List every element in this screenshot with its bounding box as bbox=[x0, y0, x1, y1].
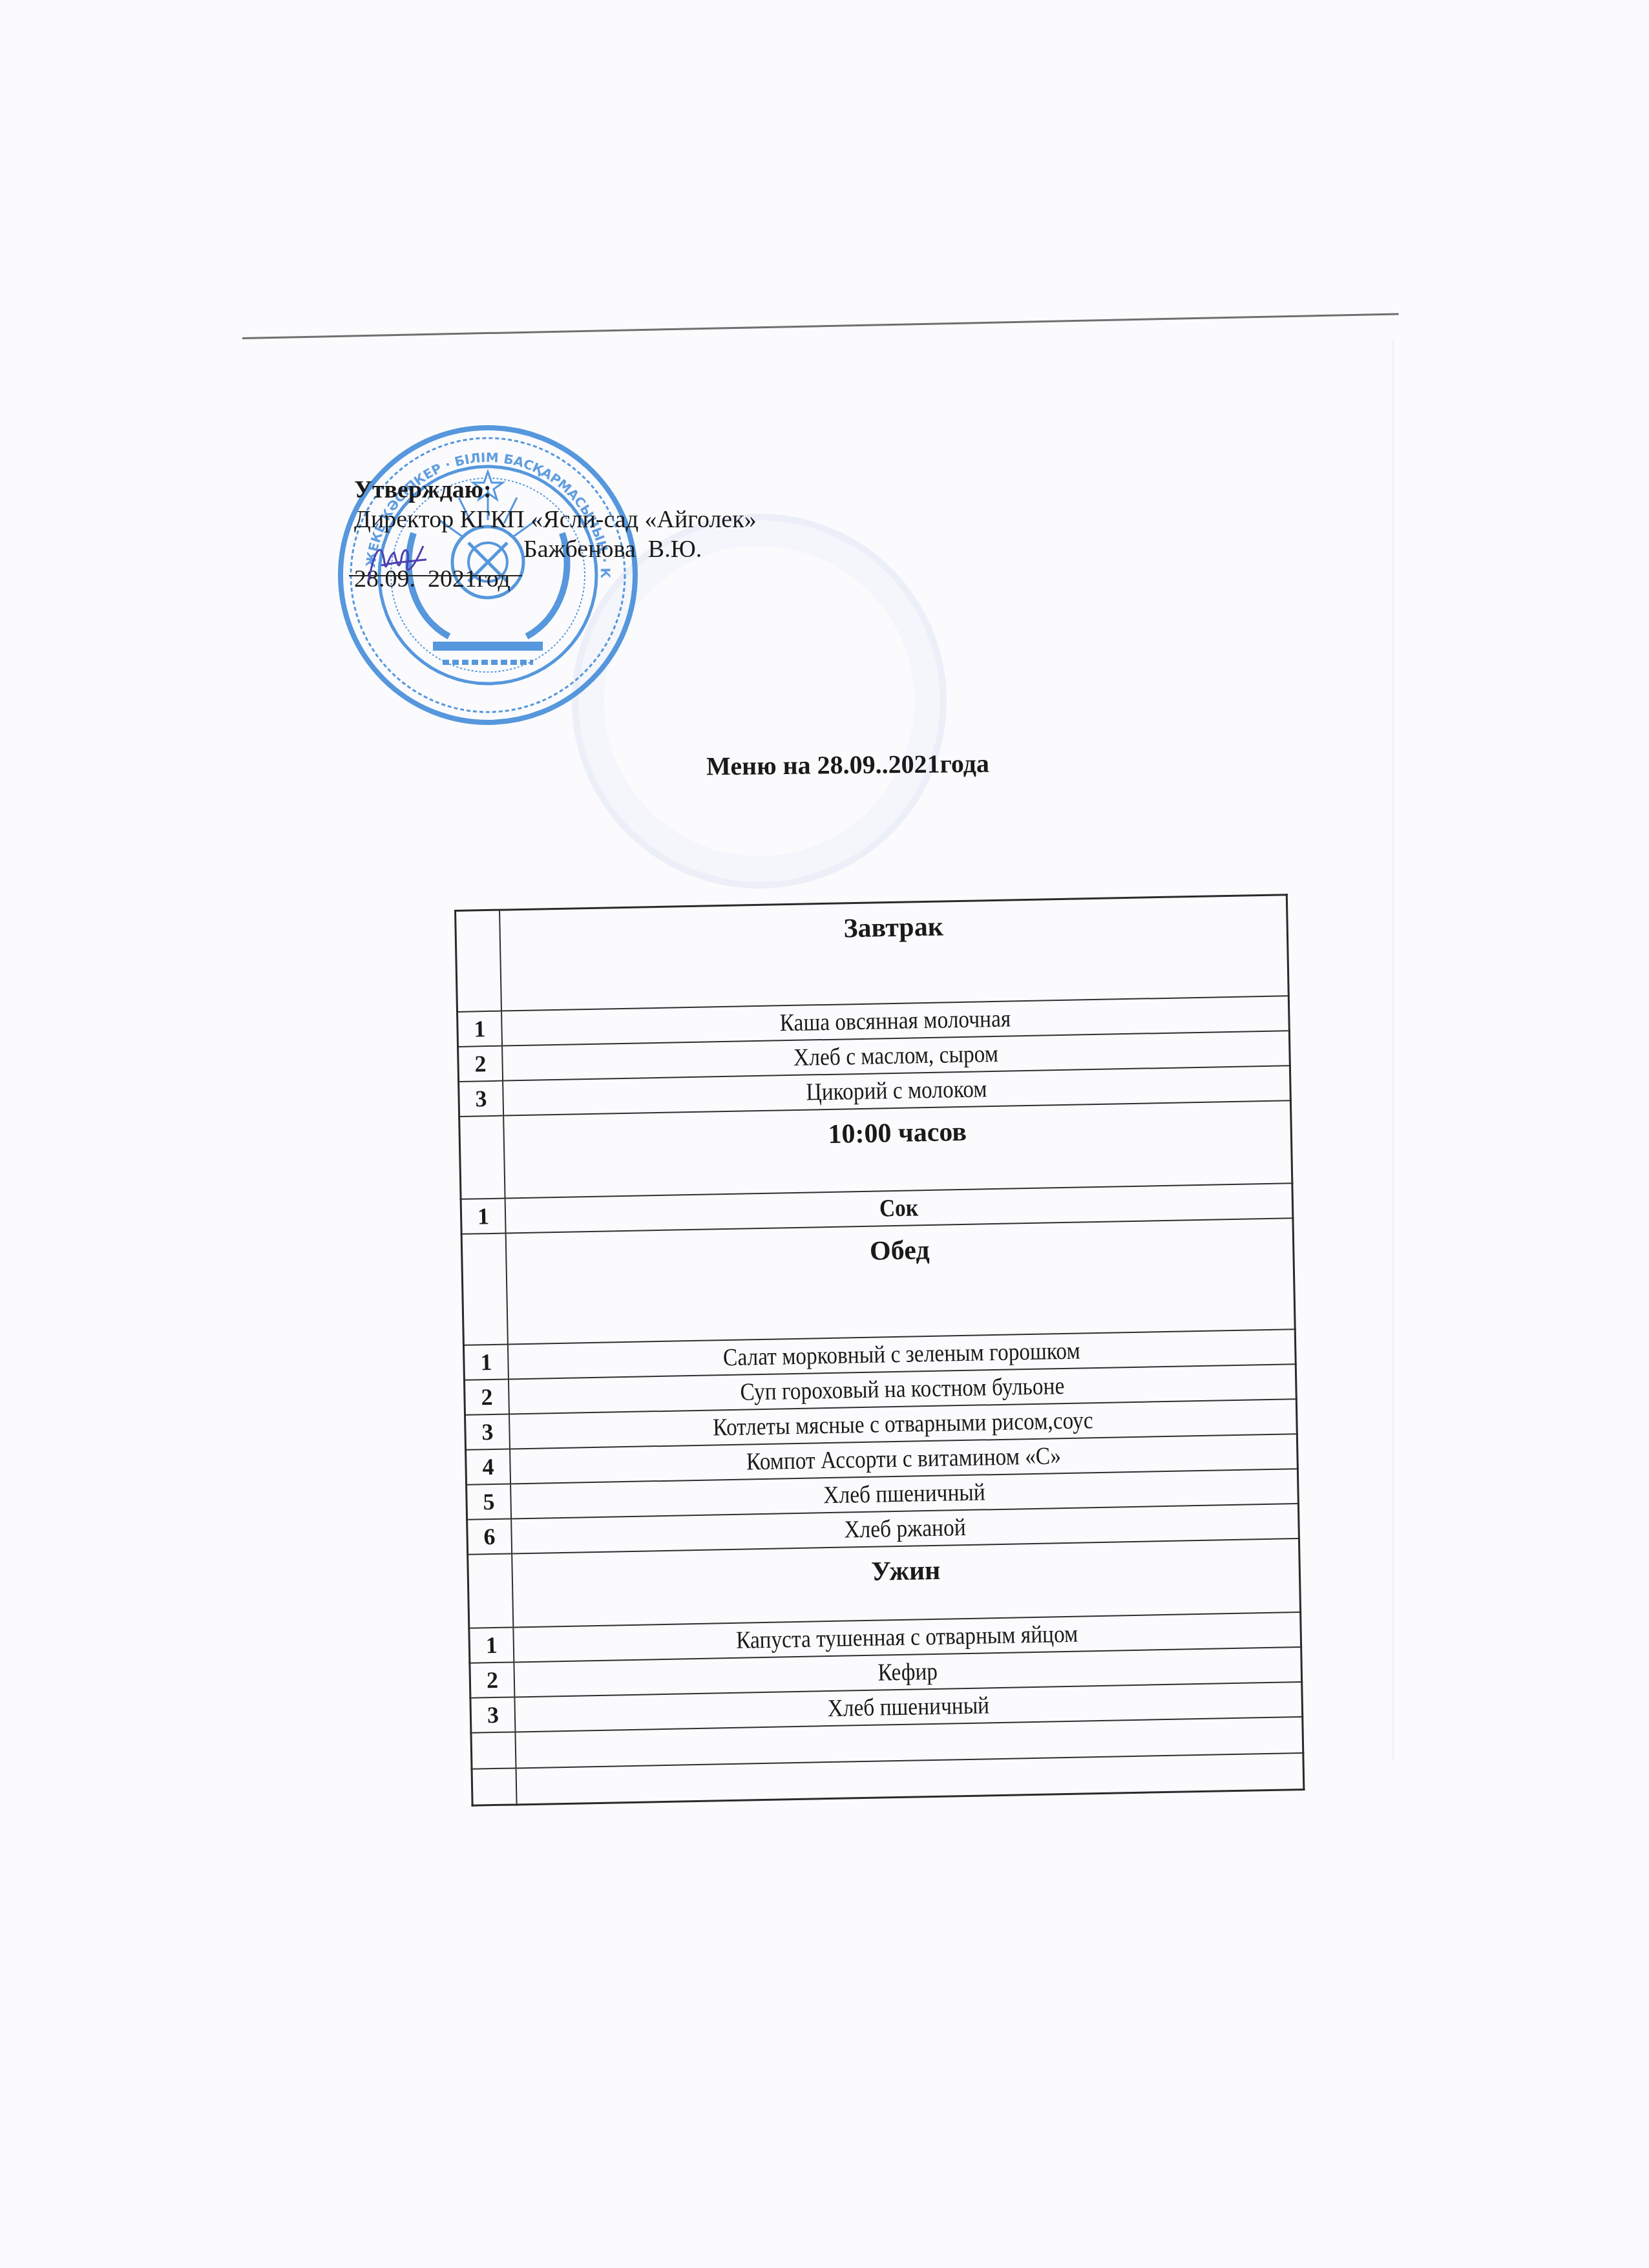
item-number: 1 bbox=[463, 1345, 509, 1380]
approval-position: Директор КГКП «Ясли-сад «Айголек» bbox=[354, 505, 757, 534]
item-number: 5 bbox=[467, 1484, 512, 1519]
empty-number-cell bbox=[471, 1732, 516, 1769]
item-number: 3 bbox=[470, 1697, 516, 1732]
item-number: 3 bbox=[459, 1081, 504, 1117]
section-number-cell bbox=[459, 1116, 505, 1199]
section-header-row: 10:00 часов bbox=[459, 1100, 1292, 1199]
page-edge-shadow bbox=[1392, 339, 1394, 1761]
item-number: 1 bbox=[457, 1011, 503, 1047]
menu-title: Меню на 28.09..2021года bbox=[706, 748, 989, 782]
section-heading: Завтрак bbox=[499, 895, 1288, 1011]
item-number: 3 bbox=[465, 1414, 510, 1450]
menu-table: Завтрак1Каша овсянная молочная2Хлеб с ма… bbox=[454, 894, 1305, 1807]
item-number: 1 bbox=[469, 1627, 514, 1663]
section-heading: Обед bbox=[506, 1218, 1296, 1344]
approval-label: Утверждаю: bbox=[354, 475, 757, 505]
item-number: 2 bbox=[458, 1046, 503, 1082]
signature-icon bbox=[362, 536, 433, 588]
empty-number-cell bbox=[472, 1768, 517, 1805]
section-heading: 10:00 часов bbox=[503, 1100, 1292, 1198]
section-header-row: Обед bbox=[461, 1218, 1295, 1345]
item-number: 1 bbox=[461, 1199, 506, 1234]
item-number: 4 bbox=[466, 1449, 511, 1485]
top-rule-line bbox=[242, 313, 1399, 339]
section-number-cell bbox=[456, 910, 501, 1012]
item-number: 2 bbox=[470, 1662, 515, 1697]
item-number: 6 bbox=[467, 1518, 512, 1554]
item-number: 2 bbox=[464, 1380, 509, 1415]
section-number-cell bbox=[468, 1553, 514, 1628]
section-header-row: Завтрак bbox=[456, 895, 1289, 1012]
section-number-cell bbox=[461, 1234, 508, 1345]
